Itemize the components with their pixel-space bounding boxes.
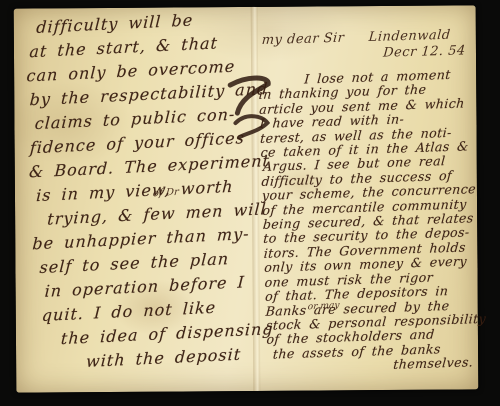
date-line: Decr 12. 54 (383, 43, 467, 60)
letter-page-left: difficulty will beat the start, & thatca… (22, 15, 257, 389)
letter-sheet: difficulty will beat the start, & thatca… (14, 5, 479, 392)
letter-heading: my dear Sir Lindenwald Decr 12. 54 (258, 27, 471, 64)
scanned-letter-photo: difficulty will beat the start, & thatca… (0, 0, 500, 406)
place-date-block: Lindenwald Decr 12. 54 (369, 27, 466, 61)
left-page-lines: difficulty will beat the start, & thatca… (22, 6, 271, 377)
interline-insertion-left: of Dr (152, 187, 179, 200)
place-line: Lindenwald (369, 27, 467, 45)
salutation: my dear Sir (261, 31, 345, 48)
handwriting-line: themselves. (393, 355, 480, 372)
right-page-lines: I lose not a momentin thanking you for t… (258, 67, 479, 376)
letter-page-right: my dear Sir Lindenwald Decr 12. 54 I los… (258, 29, 473, 390)
interline-insertion-right: or may (307, 301, 340, 313)
